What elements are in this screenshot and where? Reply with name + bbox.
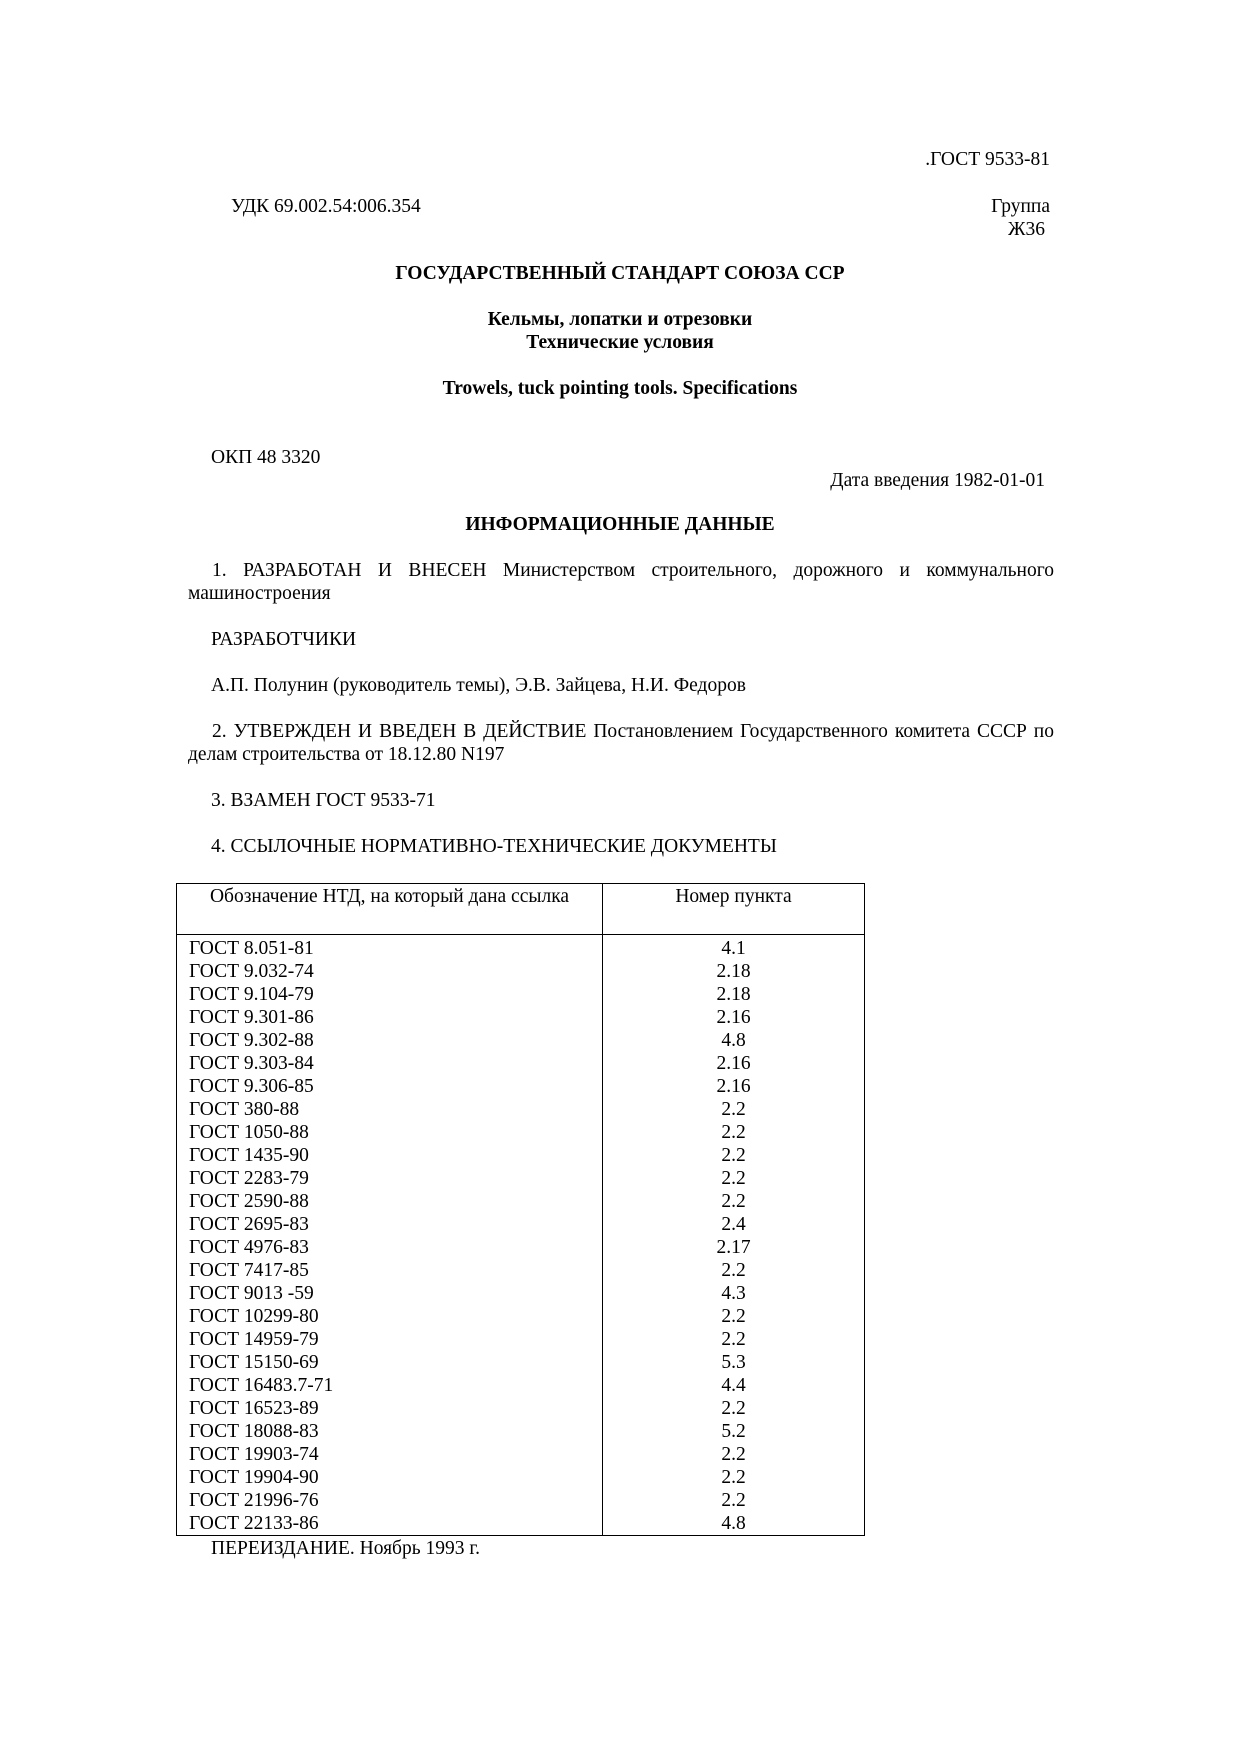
table-row: ГОСТ 2590-882.2: [177, 1190, 865, 1213]
document-designation-cell: ГОСТ 380-88: [177, 1098, 603, 1121]
document-designation-cell: ГОСТ 16483.7-71: [177, 1374, 603, 1397]
document-designation-cell: ГОСТ 7417-85: [177, 1259, 603, 1282]
table-body: ГОСТ 8.051-814.1ГОСТ 9.032-742.18ГОСТ 9.…: [177, 935, 865, 1536]
doc-number: .ГОСТ 9533-81: [925, 148, 1050, 171]
document-designation-cell: ГОСТ 16523-89: [177, 1397, 603, 1420]
document-designation-cell: ГОСТ 9.303-84: [177, 1052, 603, 1075]
clause-number-cell: 2.2: [603, 1397, 865, 1420]
developers-list: А.П. Полунин (руководитель темы), Э.В. З…: [211, 674, 746, 697]
group-label: Группа: [991, 195, 1050, 218]
document-designation-cell: ГОСТ 21996-76: [177, 1489, 603, 1512]
document-designation-cell: ГОСТ 10299-80: [177, 1305, 603, 1328]
okp-code: ОКП 48 3320: [211, 446, 320, 469]
clause-number-cell: 2.2: [603, 1489, 865, 1512]
document-designation-cell: ГОСТ 1435-90: [177, 1144, 603, 1167]
clause-number-cell: 2.2: [603, 1098, 865, 1121]
clause-number-cell: 4.8: [603, 1029, 865, 1052]
table-row: ГОСТ 9013 -594.3: [177, 1282, 865, 1305]
document-designation-cell: ГОСТ 9.301-86: [177, 1006, 603, 1029]
clause-number-cell: 2.16: [603, 1052, 865, 1075]
table-header-row: Обозначение НТД, на который дана ссылка …: [177, 884, 865, 935]
reissue-note: ПЕРЕИЗДАНИЕ. Ноябрь 1993 г.: [211, 1537, 480, 1560]
table-row: ГОСТ 22133-864.8: [177, 1512, 865, 1536]
clause-number-cell: 2.2: [603, 1443, 865, 1466]
clause-number-cell: 2.18: [603, 983, 865, 1006]
intro-date: Дата введения 1982-01-01: [830, 469, 1045, 492]
table-row: ГОСТ 21996-762.2: [177, 1489, 865, 1512]
table-row: ГОСТ 8.051-814.1: [177, 935, 865, 961]
table-row: ГОСТ 16483.7-714.4: [177, 1374, 865, 1397]
clause-number-cell: 2.4: [603, 1213, 865, 1236]
document-designation-cell: ГОСТ 9.306-85: [177, 1075, 603, 1098]
group-code: Ж36: [1008, 218, 1045, 241]
table-row: ГОСТ 9.306-852.16: [177, 1075, 865, 1098]
clause-number-cell: 2.16: [603, 1006, 865, 1029]
document-designation-cell: ГОСТ 4976-83: [177, 1236, 603, 1259]
developers-label: РАЗРАБОТЧИКИ: [211, 628, 356, 651]
document-designation-cell: ГОСТ 19904-90: [177, 1466, 603, 1489]
clause-number-cell: 2.2: [603, 1305, 865, 1328]
table-row: ГОСТ 19904-902.2: [177, 1466, 865, 1489]
clause-number-cell: 4.1: [603, 935, 865, 961]
info-item-4: 4. ССЫЛОЧНЫЕ НОРМАТИВНО-ТЕХНИЧЕСКИЕ ДОКУ…: [211, 835, 777, 858]
document-designation-cell: ГОСТ 9.104-79: [177, 983, 603, 1006]
product-name-ru: Кельмы, лопатки и отрезовки: [0, 308, 1240, 331]
document-designation-cell: ГОСТ 9.302-88: [177, 1029, 603, 1052]
clause-number-cell: 4.4: [603, 1374, 865, 1397]
udc-code: УДК 69.002.54:006.354: [231, 195, 421, 218]
clause-number-cell: 2.2: [603, 1259, 865, 1282]
clause-number-cell: 4.3: [603, 1282, 865, 1305]
product-name-en: Trowels, tuck pointing tools. Specificat…: [0, 377, 1240, 400]
clause-number-cell: 2.17: [603, 1236, 865, 1259]
clause-number-cell: 2.16: [603, 1075, 865, 1098]
clause-number-cell: 2.18: [603, 960, 865, 983]
info-item-2: 2. УТВЕРЖДЕН И ВВЕДЕН В ДЕЙСТВИЕ Постано…: [188, 720, 1054, 766]
table-row: ГОСТ 7417-852.2: [177, 1259, 865, 1282]
clause-number-cell: 5.2: [603, 1420, 865, 1443]
table-row: ГОСТ 9.032-742.18: [177, 960, 865, 983]
clause-number-cell: 2.2: [603, 1167, 865, 1190]
document-designation-cell: ГОСТ 22133-86: [177, 1512, 603, 1536]
table-row: ГОСТ 2695-832.4: [177, 1213, 865, 1236]
clause-number-cell: 2.2: [603, 1328, 865, 1351]
product-subtitle-ru: Технические условия: [0, 331, 1240, 354]
document-designation-cell: ГОСТ 9.032-74: [177, 960, 603, 983]
document-designation-cell: ГОСТ 14959-79: [177, 1328, 603, 1351]
clause-number-cell: 5.3: [603, 1351, 865, 1374]
document-designation-cell: ГОСТ 9013 -59: [177, 1282, 603, 1305]
document-designation-cell: ГОСТ 8.051-81: [177, 935, 603, 961]
table-row: ГОСТ 10299-802.2: [177, 1305, 865, 1328]
table-row: ГОСТ 9.303-842.16: [177, 1052, 865, 1075]
table-row: ГОСТ 9.302-884.8: [177, 1029, 865, 1052]
table-row: ГОСТ 1435-902.2: [177, 1144, 865, 1167]
document-designation-cell: ГОСТ 2283-79: [177, 1167, 603, 1190]
column-header-document: Обозначение НТД, на который дана ссылка: [177, 884, 603, 935]
clause-number-cell: 2.2: [603, 1144, 865, 1167]
clause-number-cell: 2.2: [603, 1190, 865, 1213]
table-row: ГОСТ 9.104-792.18: [177, 983, 865, 1006]
table-row: ГОСТ 4976-832.17: [177, 1236, 865, 1259]
document-designation-cell: ГОСТ 2695-83: [177, 1213, 603, 1236]
document-designation-cell: ГОСТ 1050-88: [177, 1121, 603, 1144]
table-row: ГОСТ 9.301-862.16: [177, 1006, 865, 1029]
info-item-1: 1. РАЗРАБОТАН И ВНЕСЕН Министерством стр…: [188, 559, 1054, 605]
standard-title: ГОСУДАРСТВЕННЫЙ СТАНДАРТ СОЮЗА ССР: [0, 262, 1240, 285]
document-designation-cell: ГОСТ 19903-74: [177, 1443, 603, 1466]
table-row: ГОСТ 1050-882.2: [177, 1121, 865, 1144]
table-row: ГОСТ 15150-695.3: [177, 1351, 865, 1374]
table-row: ГОСТ 19903-742.2: [177, 1443, 865, 1466]
reference-documents-table: Обозначение НТД, на который дана ссылка …: [176, 883, 865, 1536]
table-row: ГОСТ 14959-792.2: [177, 1328, 865, 1351]
info-heading: ИНФОРМАЦИОННЫЕ ДАННЫЕ: [0, 513, 1240, 536]
table-row: ГОСТ 2283-792.2: [177, 1167, 865, 1190]
table-row: ГОСТ 16523-892.2: [177, 1397, 865, 1420]
table-row: ГОСТ 380-882.2: [177, 1098, 865, 1121]
info-item-3: 3. ВЗАМЕН ГОСТ 9533-71: [211, 789, 435, 812]
clause-number-cell: 2.2: [603, 1121, 865, 1144]
table-row: ГОСТ 18088-835.2: [177, 1420, 865, 1443]
clause-number-cell: 4.8: [603, 1512, 865, 1536]
document-designation-cell: ГОСТ 2590-88: [177, 1190, 603, 1213]
column-header-clause: Номер пункта: [603, 884, 865, 935]
document-designation-cell: ГОСТ 18088-83: [177, 1420, 603, 1443]
clause-number-cell: 2.2: [603, 1466, 865, 1489]
document-designation-cell: ГОСТ 15150-69: [177, 1351, 603, 1374]
